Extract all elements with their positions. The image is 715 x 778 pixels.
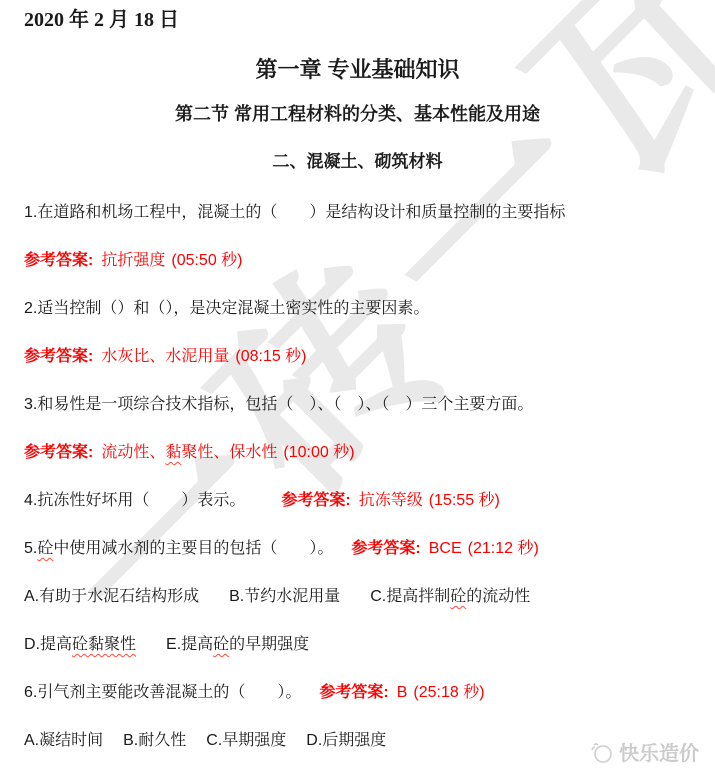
option-5c-part1: C.提高拌制 [370,588,450,605]
chapter-title: 第一章 专业基础知识 [24,56,691,84]
answer-6-time: (25:18 秒) [413,684,484,701]
question-5-text-part3: 中使用减水剂的主要目的包括（ ）。 [53,540,333,557]
answer-2-time: (08:15 秒) [235,348,306,365]
question-5-text-part1: 5. [24,540,37,557]
brand-watermark: 快乐造价 [591,737,699,766]
option-5e-part3: 的早期强度 [229,636,309,653]
answer-1-label: 参考答案: [24,252,93,269]
answer-1: 参考答案:抗折强度(05:50 秒) [24,250,691,272]
question-4-line: 4.抗冻性好坏用（ ）表示。参考答案:抗冻等级(15:55 秒) [24,490,691,512]
option-5d-part2-misspell: 砼黏聚性 [72,636,136,653]
answer-2-label: 参考答案: [24,348,93,365]
option-5e: E.提高砼的早期强度 [166,636,309,653]
option-5d: D.提高砼黏聚性 [24,636,136,653]
option-5d-part1: D.提高 [24,636,72,653]
answer-3-value-part3: 聚性、保水性 [181,444,277,461]
question-5-options-row2: D.提高砼黏聚性E.提高砼的早期强度 [24,634,691,656]
option-6d: D.后期强度 [306,732,386,749]
option-5c: C.提高拌制砼的流动性 [370,588,530,605]
answer-4-value: 抗冻等级 [359,492,423,509]
question-1-text: 1.在道路和机场工程中，混凝土的（ ）是结构设计和质量控制的主要指标 [24,202,691,224]
answer-3: 参考答案:流动性、黏聚性、保水性(10:00 秒) [24,442,691,464]
option-6b: B.耐久性 [123,732,186,749]
answer-1-value: 抗折强度 [101,252,165,269]
answer-3-value-part2-misspell: 黏 [165,444,181,461]
subsection-title: 二、混凝土、砌筑材料 [24,150,691,173]
question-5-line: 5.砼中使用减水剂的主要目的包括（ ）。参考答案:BCE(21:12 秒) [24,538,691,560]
document-body: 2020 年 2 月 18 日 第一章 专业基础知识 第二节 常用工程材料的分类… [0,0,715,752]
question-2-text: 2.适当控制（）和（），是决定混凝土密实性的主要因素。 [24,298,691,320]
answer-5-value: BCE [429,540,462,557]
question-3-text: 3.和易性是一项综合技术指标，包括（ ）、（ ）、（ ）三个主要方面。 [24,394,691,416]
answer-1-time: (05:50 秒) [171,252,242,269]
answer-6-label: 参考答案: [319,684,388,701]
section-title: 第二节 常用工程材料的分类、基本性能及用途 [24,102,691,126]
answer-2: 参考答案:水灰比、水泥用量(08:15 秒) [24,346,691,368]
question-6-line: 6.引气剂主要能改善混凝土的（ ）。参考答案:B(25:18 秒) [24,682,691,704]
answer-5-time: (21:12 秒) [468,540,539,557]
option-5b: B.节约水泥用量 [229,588,340,605]
answer-2-value: 水灰比、水泥用量 [101,348,229,365]
question-5-text-part2-misspell: 砼 [37,540,53,557]
answer-5-label: 参考答案: [351,540,420,557]
answer-3-label: 参考答案: [24,444,93,461]
answer-6-value: B [397,684,408,701]
answer-4-label: 参考答案: [281,492,350,509]
question-6-text: 6.引气剂主要能改善混凝土的（ ）。 [24,684,301,701]
option-6c: C.早期强度 [206,732,286,749]
brand-logo-icon [591,741,613,763]
question-4-text: 4.抗冻性好坏用（ ）表示。 [24,492,245,509]
document-date: 2020 年 2 月 18 日 [24,8,691,32]
question-5-options-row1: A.有助于水泥石结构形成B.节约水泥用量C.提高拌制砼的流动性 [24,586,691,608]
brand-name: 快乐造价 [619,737,699,766]
option-5c-part2-misspell: 砼 [450,588,466,605]
answer-3-value-part1: 流动性、 [101,444,165,461]
answer-3-time: (10:00 秒) [283,444,354,461]
option-5a: A.有助于水泥石结构形成 [24,588,199,605]
option-5c-part3: 的流动性 [466,588,530,605]
option-6a: A.凝结时间 [24,732,103,749]
option-5e-part1: E.提高 [166,636,213,653]
option-5e-part2-misspell: 砼 [213,636,229,653]
answer-4-time: (15:55 秒) [429,492,500,509]
